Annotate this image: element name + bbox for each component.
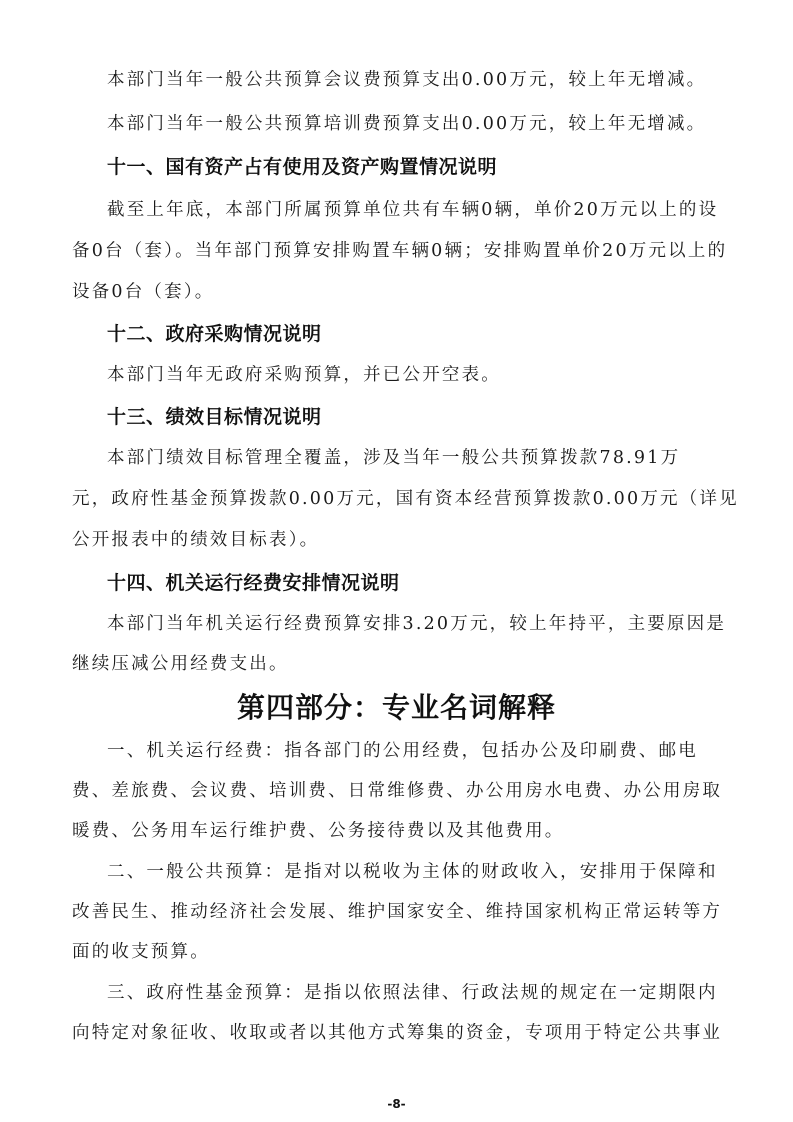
glossary-line: 三、政府性基金预算：是指以依照法律、行政法规的规定在一定期限内: [107, 982, 757, 1004]
glossary-line: 一、机关运行经费：指各部门的公用经费，包括办公及印刷费、邮电: [107, 740, 757, 762]
paragraph-line: 本部门当年机关运行经费预算安排3.20万元，较上年持平，主要原因是: [107, 613, 757, 635]
paragraph-line: 本部门当年无政府采购预算，并已公开空表。: [107, 364, 757, 386]
paragraph-line: 本部门绩效目标管理全覆盖，涉及当年一般公共预算拨款78.91万: [107, 447, 757, 469]
page-number: -8-: [0, 1097, 793, 1111]
section-heading-procurement: 十二、政府采购情况说明: [107, 322, 322, 346]
glossary-line: 向特定对象征收、收取或者以其他方式筹集的资金，专项用于特定公共事业: [72, 1022, 722, 1044]
paragraph-line: 继续压减公用经费支出。: [72, 653, 722, 675]
section-heading-performance: 十三、绩效目标情况说明: [107, 405, 322, 429]
glossary-line: 费、差旅费、会议费、培训费、日常维修费、办公用房水电费、办公用房取: [72, 780, 722, 802]
paragraph-training-fee: 本部门当年一般公共预算培训费预算支出0.00万元，较上年无增减。: [107, 113, 757, 135]
section-heading-operating-expenses: 十四、机关运行经费安排情况说明: [107, 571, 400, 595]
paragraph-line: 设备0台（套）。: [72, 281, 722, 303]
glossary-line: 二、一般公共预算：是指对以税收为主体的财政收入，安排用于保障和: [107, 861, 757, 883]
section-heading-state-assets: 十一、国有资产占有使用及资产购置情况说明: [107, 155, 497, 179]
paragraph-line: 元，政府性基金预算拨款0.00万元，国有资本经营预算拨款0.00万元（详见: [72, 488, 722, 510]
glossary-line: 面的收支预算。: [72, 941, 722, 963]
glossary-line: 改善民生、推动经济社会发展、维护国家安全、维持国家机构正常运转等方: [72, 901, 722, 923]
paragraph-line: 截至上年底，本部门所属预算单位共有车辆0辆，单价20万元以上的设: [107, 199, 757, 221]
paragraph-meeting-fee: 本部门当年一般公共预算会议费预算支出0.00万元，较上年无增减。: [107, 69, 757, 91]
paragraph-line: 公开报表中的绩效目标表）。: [72, 529, 722, 551]
document-page: 本部门当年一般公共预算会议费预算支出0.00万元，较上年无增减。 本部门当年一般…: [0, 0, 793, 1122]
paragraph-line: 备0台（套）。当年部门预算安排购置车辆0辆；安排购置单价20万元以上的: [72, 240, 722, 262]
glossary-line: 暖费、公务用车运行维护费、公务接待费以及其他费用。: [72, 820, 722, 842]
part-title: 第四部分：专业名词解释: [0, 691, 793, 725]
